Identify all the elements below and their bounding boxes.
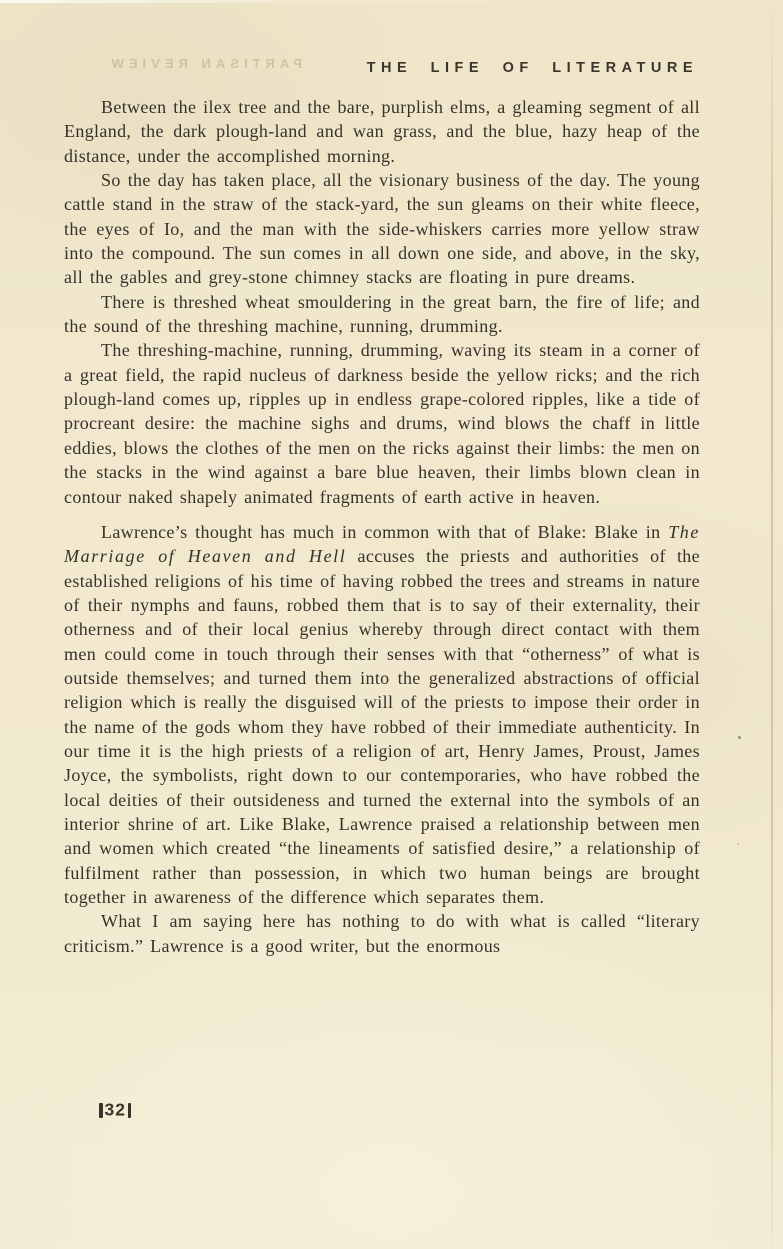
paragraph-text: accuses the priests and authorities of t… [64, 546, 700, 907]
paragraph: What I am saying here has nothing to do … [64, 909, 700, 958]
scan-speck [737, 843, 739, 845]
page-number: 32 [99, 1100, 131, 1121]
running-head: THE LIFE OF LITERATURE [64, 60, 698, 76]
folio-digits: 32 [105, 1100, 126, 1121]
paragraph: Between the ilex tree and the bare, purp… [64, 95, 700, 168]
folio-bracket-left-icon [99, 1103, 103, 1118]
paragraph: Lawrence’s thought has much in common wi… [64, 520, 700, 910]
paragraph: There is threshed wheat smouldering in t… [64, 290, 700, 339]
body-text-block: Between the ilex tree and the bare, purp… [64, 95, 700, 958]
paragraph-text: Lawrence’s thought has much in common wi… [101, 522, 668, 542]
folio-bracket-right-icon [128, 1103, 132, 1118]
paragraph: The threshing-machine, running, drumming… [64, 338, 700, 508]
paragraph: So the day has taken place, all the visi… [64, 168, 700, 290]
scan-speck [738, 736, 741, 739]
scanned-book-page: PARTISAN REVIEW THE LIFE OF LITERATURE B… [0, 0, 783, 1249]
